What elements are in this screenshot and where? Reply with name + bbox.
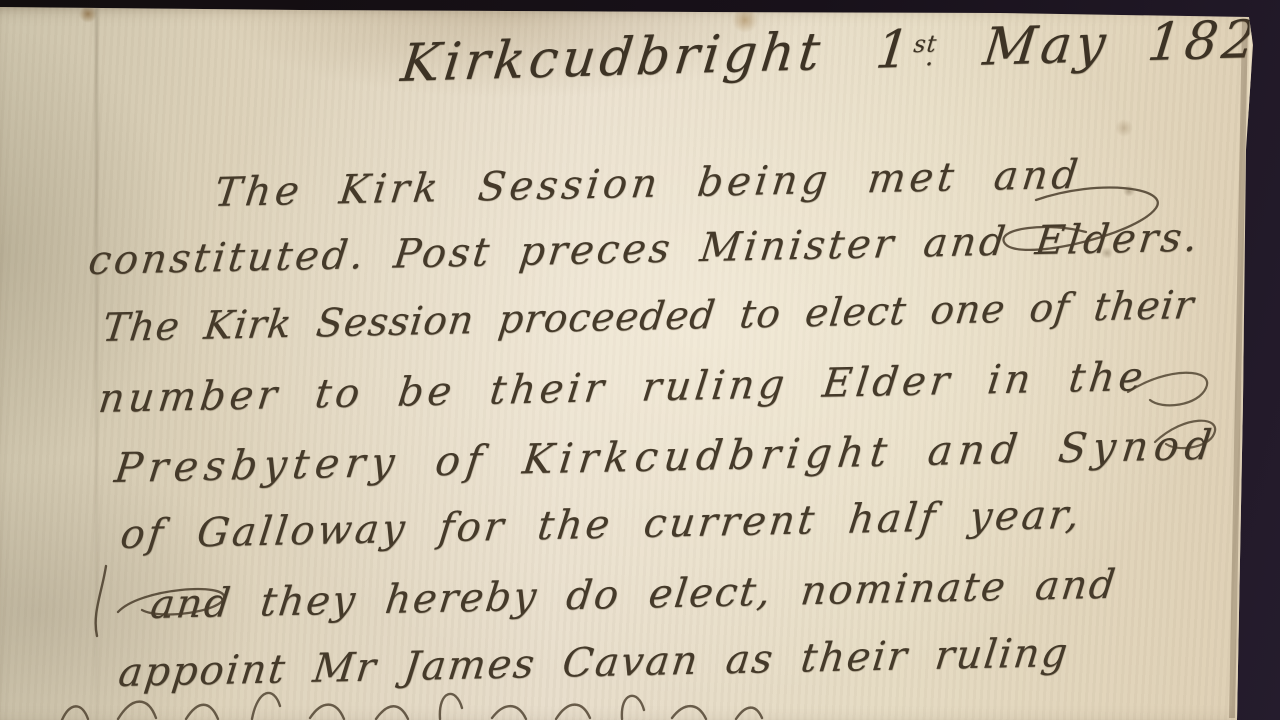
photo-background: Kirkcudbright 1st. May 1825 The Kirk Ses… — [0, 0, 1280, 720]
manuscript-page: Kirkcudbright 1st. May 1825 The Kirk Ses… — [0, 0, 1280, 720]
manuscript-line: constituted. Post preces Minister and El… — [86, 215, 1203, 284]
manuscript-line: and they hereby do elect, nominate and — [148, 562, 1119, 628]
heading-date: May 1825 — [980, 9, 1280, 78]
heading-place: Kirkcudbright — [398, 22, 827, 94]
manuscript-line: of Galloway for the current half year, — [118, 492, 1085, 558]
manuscript-line: The Kirk Session being met and — [212, 152, 1084, 216]
manuscript-line: appoint Mr James Cavan as their ruling — [116, 630, 1072, 696]
heading-date-line: Kirkcudbright 1st. May 1825 — [398, 9, 1280, 94]
heading-day: 1 — [873, 19, 917, 80]
manuscript-line: Presbytery of Kirkcudbright and Synod — [112, 421, 1220, 492]
heading-ordinal-dot: . — [924, 42, 940, 72]
fold-crease — [95, 8, 98, 720]
clipped-bottom-line — [62, 693, 762, 720]
manuscript-line: number to be their ruling Elder in the — [96, 354, 1149, 422]
manuscript-line: The Kirk Session proceeded to elect one … — [100, 283, 1197, 351]
page-edge — [1238, 18, 1251, 718]
